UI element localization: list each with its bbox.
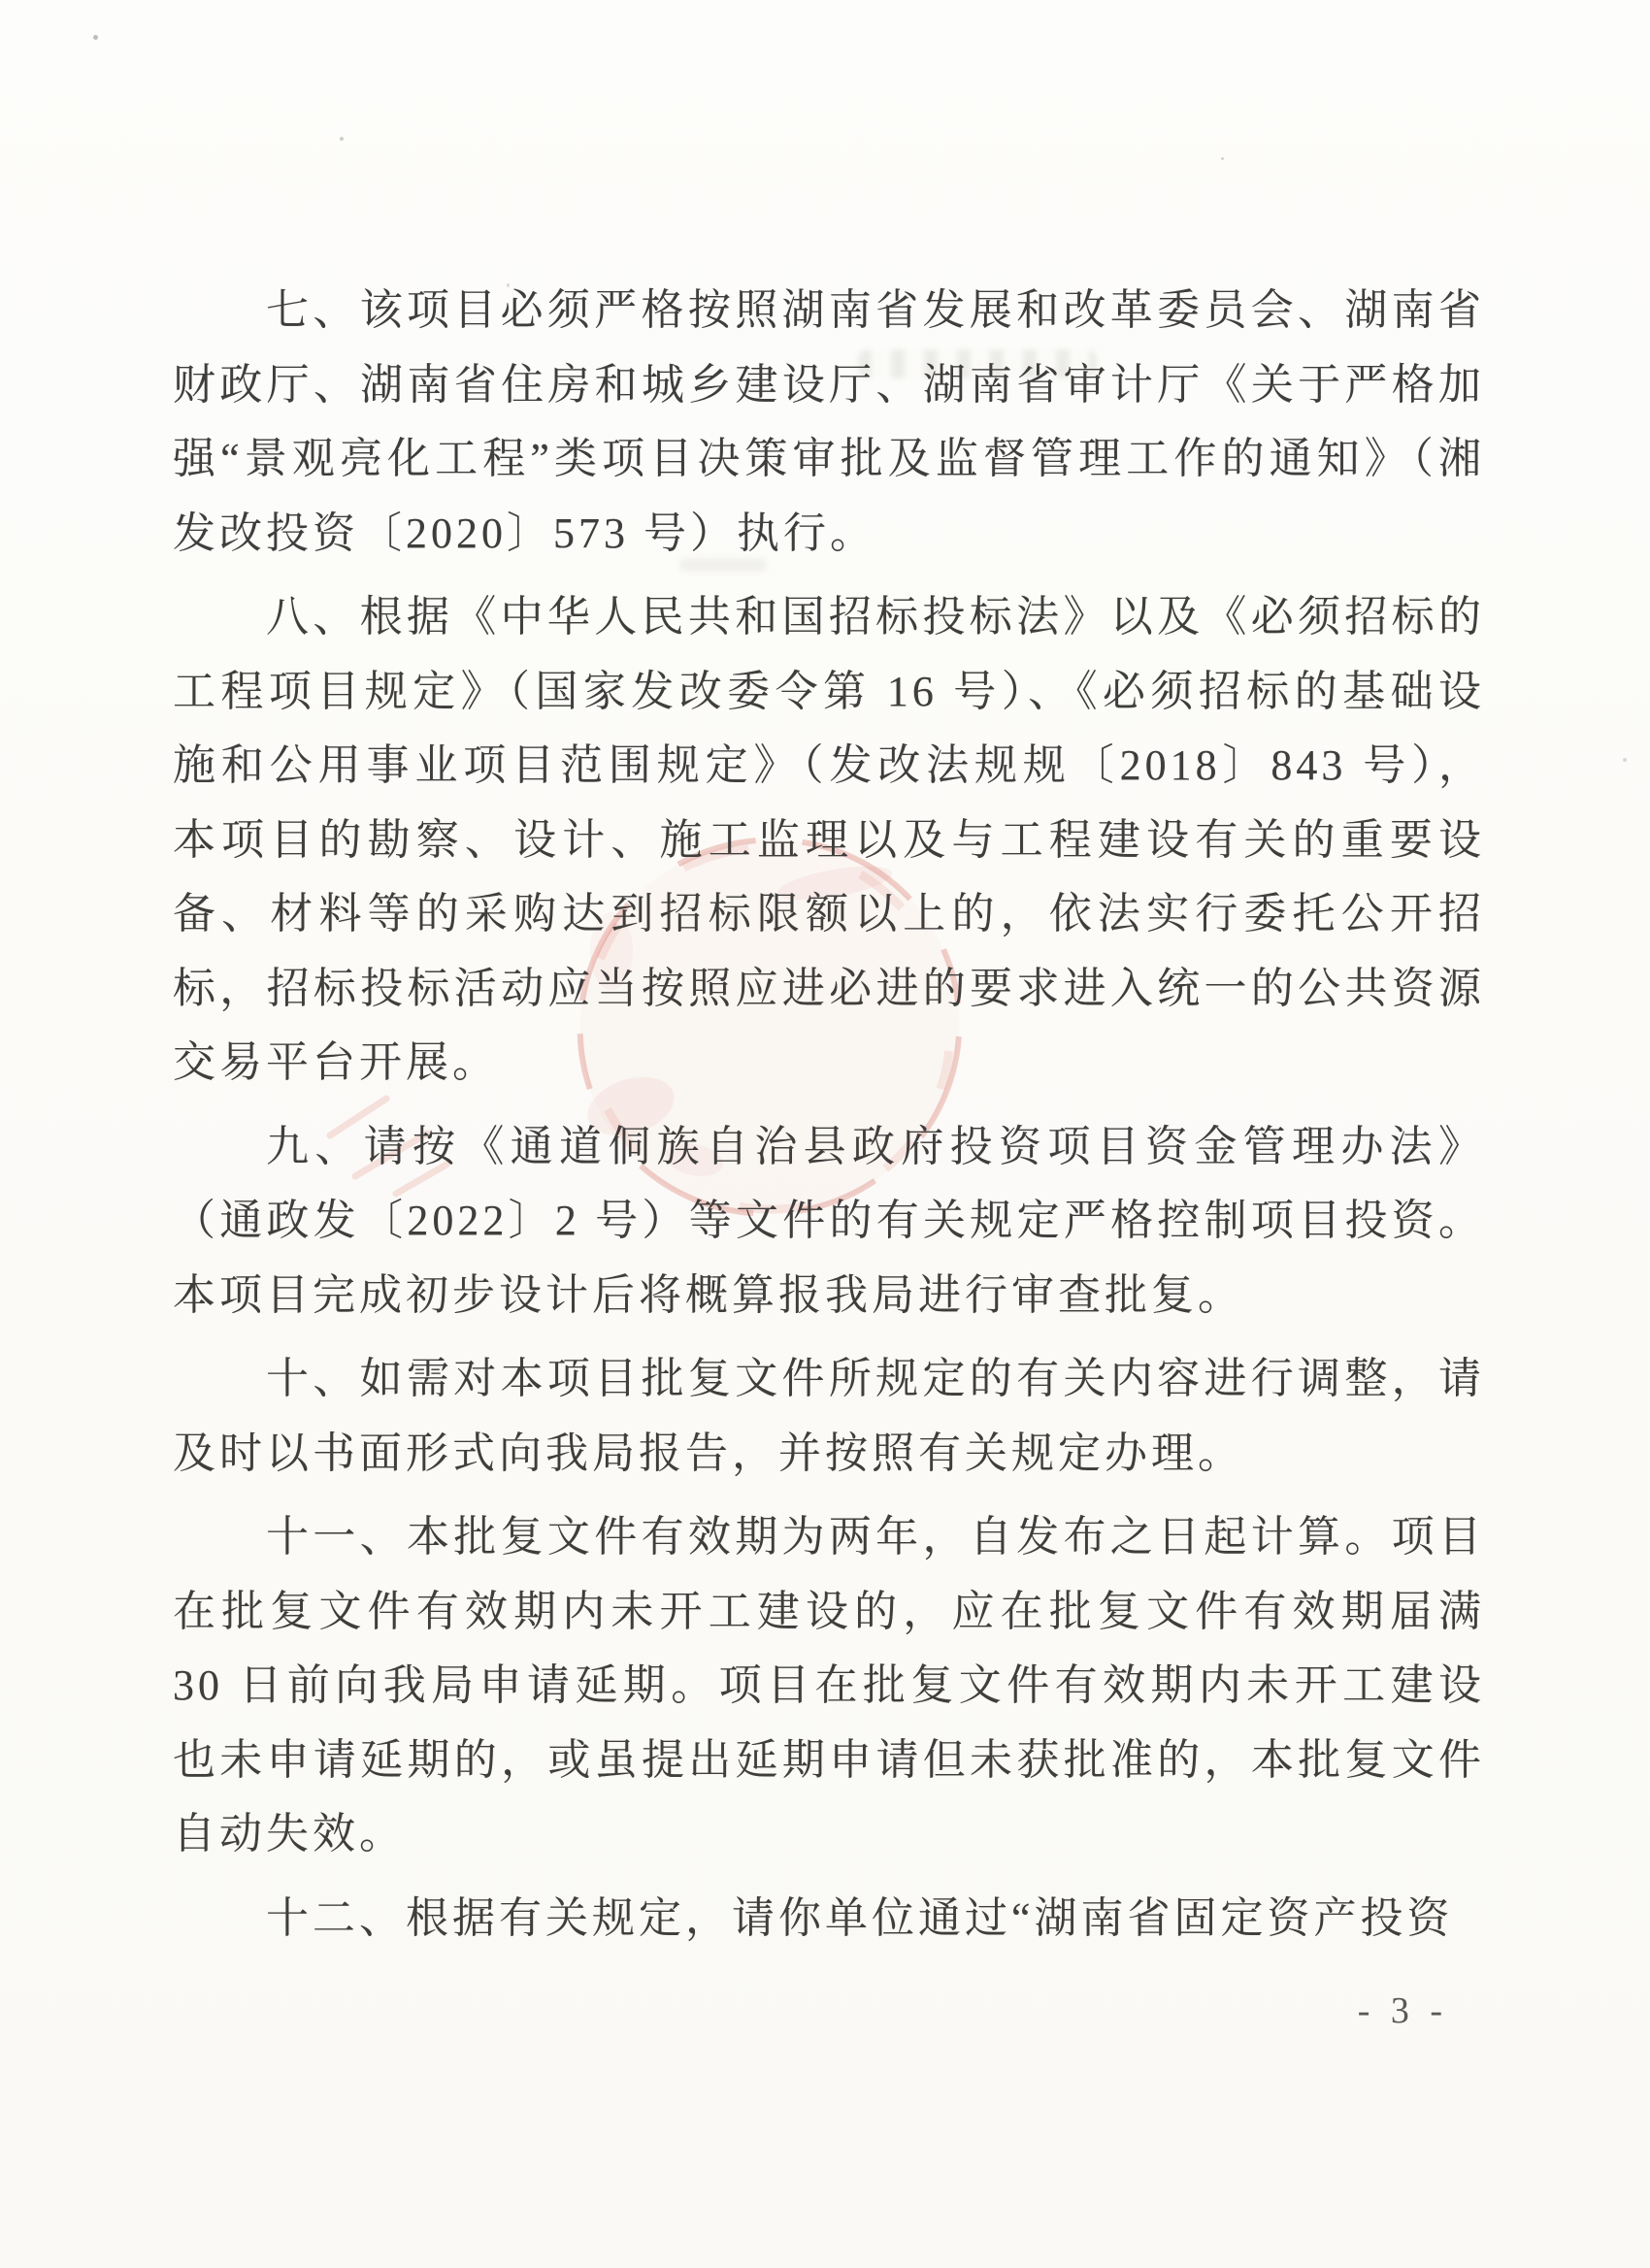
document-body: 七、该项目必须严格按照湖南省发展和改革委员会、湖南省财政厅、湖南省住房和城乡建设… [173,274,1485,1965]
paragraph-item-12: 十二、根据有关规定，请你单位通过“湖南省固定资产投资 [173,1882,1485,1956]
paragraph-item-10: 十、如需对本项目批复文件所规定的有关内容进行调整，请及时以书面形式向我局报告，并… [173,1342,1485,1491]
paragraph-item-9: 九、请按《通道侗族自治县政府投资项目资金管理办法》（通政发〔2022〕2 号）等… [173,1110,1485,1333]
scan-speck [93,35,98,40]
paragraph-item-8: 八、根据《中华人民共和国招标投标法》以及《必须招标的工程项目规定》（国家发改委令… [173,580,1485,1101]
scan-speck [340,137,344,141]
document-page: 七、该项目必须严格按照湖南省发展和改革委员会、湖南省财政厅、湖南省住房和城乡建设… [0,0,1650,2268]
page-number: - 3 - [1358,1989,1448,2032]
scan-speck [1623,758,1627,762]
paragraph-item-7: 七、该项目必须严格按照湖南省发展和改革委员会、湖南省财政厅、湖南省住房和城乡建设… [173,274,1485,571]
scan-speck [1221,157,1224,160]
paragraph-item-11: 十一、本批复文件有效期为两年，自发布之日起计算。项目在批复文件有效期内未开工建设… [173,1500,1485,1872]
